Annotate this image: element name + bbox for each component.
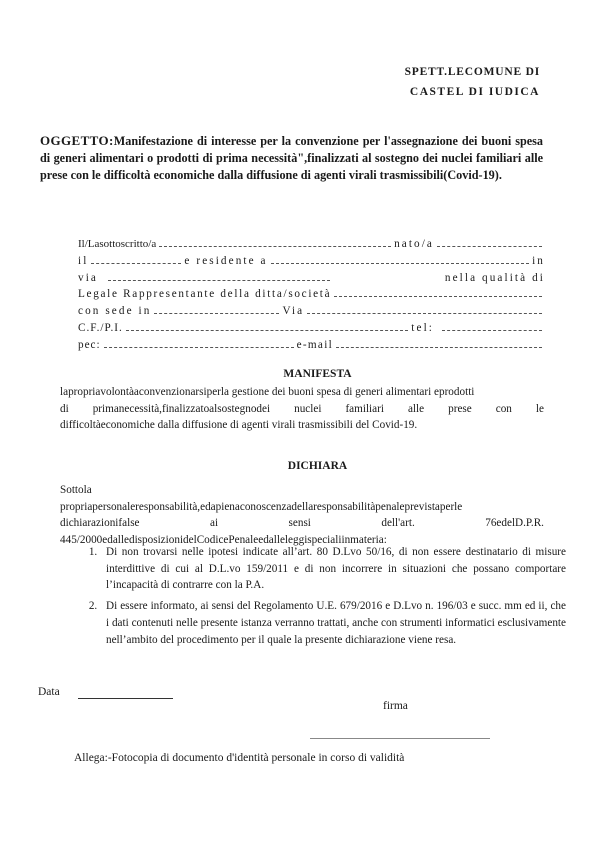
label-via: via bbox=[78, 270, 98, 287]
label-cf-piva: C.F./P.I. bbox=[78, 320, 123, 337]
data-label: Data bbox=[38, 686, 60, 698]
label-sottoscritto: Il/Lasottoscritto/a bbox=[78, 236, 156, 253]
label-il: il bbox=[78, 253, 88, 270]
word: 76edelD.P.R. bbox=[485, 515, 544, 532]
form-row-residence: il e residente a in bbox=[78, 252, 545, 269]
field-residenza[interactable] bbox=[271, 252, 529, 264]
field-pec[interactable] bbox=[104, 336, 294, 348]
field-email[interactable] bbox=[336, 336, 542, 348]
word: ai bbox=[210, 515, 218, 532]
manifesta-line-1: lapropriavolontàaconvenzionarsiperla ges… bbox=[60, 384, 544, 401]
label-legale-rappresentante: Legale Rappresentante della ditta/societ… bbox=[78, 286, 331, 303]
word: con bbox=[496, 401, 512, 418]
label-email: e-mail bbox=[297, 337, 333, 354]
field-sede-via[interactable] bbox=[307, 302, 542, 314]
signature-line[interactable] bbox=[310, 738, 490, 739]
word: primanecessità,finalizzatoalsostegnodei bbox=[93, 401, 270, 418]
form-row-sede: con sede in Via bbox=[78, 302, 545, 319]
declarations-list: Di non trovarsi nelle ipotesi indicate a… bbox=[78, 544, 566, 652]
dichiara-intro: Sottola propriapersonaleresponsabilità,e… bbox=[60, 482, 544, 548]
subject-label: OGGETTO: bbox=[40, 133, 114, 148]
form-row-legale: Legale Rappresentante della ditta/societ… bbox=[78, 285, 545, 302]
label-tel: tel: bbox=[411, 320, 434, 337]
declaration-item: Di essere informato, ai sensi del Regola… bbox=[100, 598, 566, 648]
dichiara-line-3: dichiarazionifalseaisensidell'art.76edel… bbox=[60, 515, 544, 532]
attachment-note: Allega:-Fotocopia di documento d'identit… bbox=[74, 752, 404, 764]
applicant-form: Il/Lasottoscritto/a nato/a il e resident… bbox=[78, 235, 545, 353]
word: di bbox=[60, 401, 69, 418]
manifesta-line-3: difficoltàeconomiche dalla diffusione di… bbox=[60, 417, 544, 434]
form-row-cf: C.F./P.I. tel: bbox=[78, 319, 545, 336]
word: alle bbox=[408, 401, 424, 418]
form-row-via: via nella qualità di bbox=[78, 269, 545, 286]
field-cf-piva[interactable] bbox=[126, 319, 409, 331]
label-residente: e residente a bbox=[184, 253, 267, 270]
word: dichiarazionifalse bbox=[60, 515, 140, 532]
subject-block: OGGETTO:Manifestazione di interesse per … bbox=[40, 133, 543, 183]
label-qualita: nella qualità di bbox=[445, 270, 545, 287]
label-sede: con sede in bbox=[78, 303, 151, 320]
label-nato: nato/a bbox=[394, 236, 434, 253]
word: nuclei bbox=[294, 401, 321, 418]
field-data-nascita[interactable] bbox=[91, 252, 181, 264]
field-nome[interactable] bbox=[159, 235, 391, 247]
addressee-line-2: CASTEL DI IUDICA bbox=[410, 86, 540, 98]
word: dell'art. bbox=[381, 515, 414, 532]
form-row-name: Il/Lasottoscritto/a nato/a bbox=[78, 235, 545, 252]
addressee-line-1: SPETT.LECOMUNE DI bbox=[405, 66, 540, 78]
field-via[interactable] bbox=[108, 269, 330, 281]
label-in: in bbox=[532, 253, 545, 270]
declaration-item: Di non trovarsi nelle ipotesi indicate a… bbox=[100, 544, 566, 594]
field-ditta[interactable] bbox=[334, 285, 542, 297]
dichiara-line-1: Sottola bbox=[60, 482, 544, 499]
word: familiari bbox=[345, 401, 384, 418]
dichiara-line-2: propriapersonaleresponsabilità,edapienac… bbox=[60, 499, 544, 516]
data-field[interactable] bbox=[78, 698, 173, 699]
heading-dichiara: DICHIARA bbox=[20, 460, 595, 472]
label-sede-via: Via bbox=[282, 303, 304, 320]
subject-text: Manifestazione di interesse per la conve… bbox=[40, 134, 543, 182]
form-row-pec: pec: e-mail bbox=[78, 336, 545, 353]
word: sensi bbox=[289, 515, 311, 532]
word: prese bbox=[448, 401, 472, 418]
label-pec: pec: bbox=[78, 337, 101, 354]
field-sede[interactable] bbox=[154, 302, 279, 314]
firma-label: firma bbox=[383, 700, 408, 712]
manifesta-paragraph: lapropriavolontàaconvenzionarsiperla ges… bbox=[60, 384, 544, 434]
field-tel[interactable] bbox=[442, 319, 542, 331]
heading-manifesta: MANIFESTA bbox=[20, 368, 595, 380]
manifesta-line-2: diprimanecessità,finalizzatoalsostegnode… bbox=[60, 401, 544, 418]
word: le bbox=[536, 401, 544, 418]
field-luogo-nascita[interactable] bbox=[437, 235, 542, 247]
